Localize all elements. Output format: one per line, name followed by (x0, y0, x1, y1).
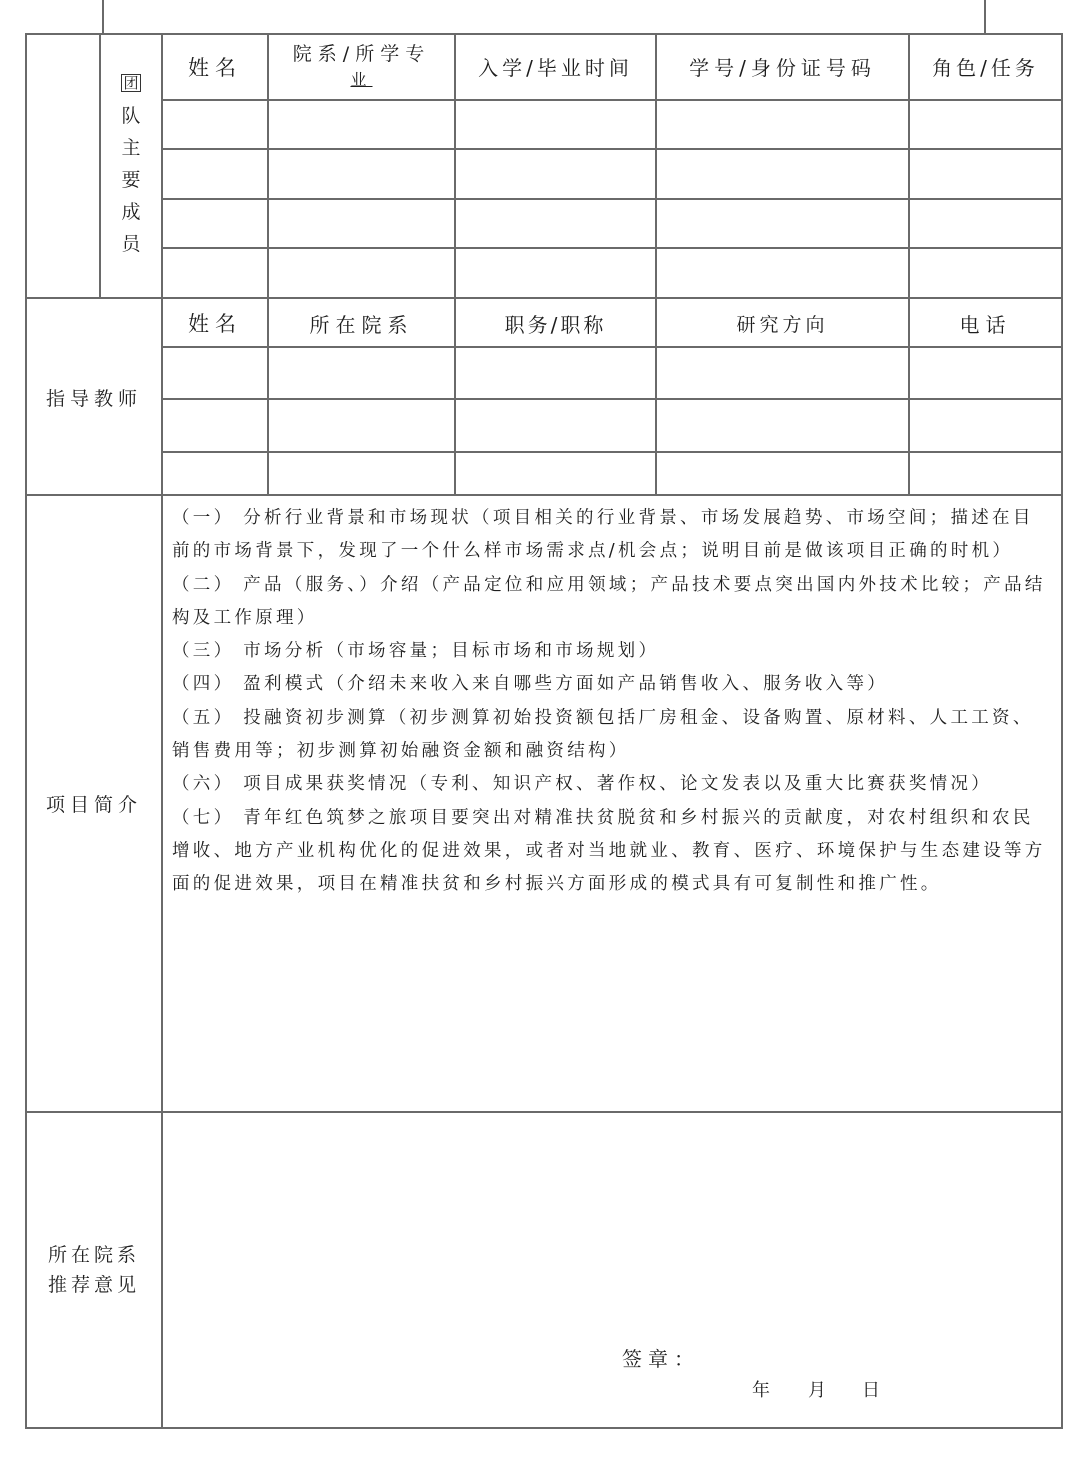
advisor-row-3-phone[interactable] (910, 453, 1061, 494)
team-row-2-id[interactable] (657, 150, 908, 198)
intro-item-4: （四） 盈利模式（介绍未来收入来自哪些方面如产品销售收入、服务收入等） (172, 668, 1052, 701)
team-row-3-role[interactable] (910, 200, 1061, 247)
intro-item-7: （七） 青年红色筑梦之旅项目要突出对精准扶贫脱贫和乡村振兴的贡献度，对农村组织和… (172, 802, 1052, 902)
advisor-header-department: 所在院系 (268, 299, 455, 347)
advisor-row-3-title[interactable] (456, 453, 655, 494)
advisor-header-research: 研究方向 (656, 299, 909, 347)
team-row-2-dates[interactable] (456, 150, 655, 198)
table-bottom-border (25, 1427, 1063, 1429)
team-label-char: 队 (121, 100, 140, 132)
advisor-section-bottom (25, 494, 1063, 496)
team-row-3-name[interactable] (163, 200, 267, 247)
advisor-label: 指导教师 (26, 299, 162, 495)
team-row-1-id[interactable] (657, 101, 908, 148)
team-row-2-name[interactable] (163, 150, 267, 198)
team-header-enroll-graduate: 入学/毕业时间 (455, 34, 656, 99)
project-intro-label: 项目简介 (26, 496, 162, 1111)
advisor-row-1-department[interactable] (269, 348, 454, 398)
team-row-4-dates[interactable] (456, 249, 655, 297)
team-row-4-name[interactable] (163, 249, 267, 297)
team-label-char: 员 (121, 228, 140, 260)
advisor-row-3-name[interactable] (163, 453, 267, 494)
team-label-char: 成 (121, 196, 140, 228)
intro-item-5: （五） 投融资初步测算（初步测算初始投资额包括厂房租金、设备购置、原材料、人工工… (172, 702, 1052, 769)
team-row-1-name[interactable] (163, 101, 267, 148)
team-header-name: 姓名 (162, 34, 268, 99)
table-right-border (1061, 33, 1063, 1429)
team-row-3-id[interactable] (657, 200, 908, 247)
signature-label: 签章： (622, 1343, 700, 1372)
team-row-1-role[interactable] (910, 101, 1061, 148)
date-day-label: 日 (862, 1376, 886, 1402)
team-header-department-major: 院系/所学专 业 (268, 34, 455, 99)
team-row-4-major[interactable] (269, 249, 454, 297)
team-row-3-dates[interactable] (456, 200, 655, 247)
advisor-row-2-phone[interactable] (910, 400, 1061, 451)
team-row-2-major[interactable] (269, 150, 454, 198)
team-row-4-id[interactable] (657, 249, 908, 297)
date-month-label: 月 (808, 1376, 832, 1402)
team-label-char: 主 (121, 132, 140, 164)
team-row-4-role[interactable] (910, 249, 1061, 297)
advisor-row-1-title[interactable] (456, 348, 655, 398)
advisor-row-2-name[interactable] (163, 400, 267, 451)
team-row-1-major[interactable] (269, 101, 454, 148)
team-members-label: 团 队 主 要 成 员 (100, 66, 162, 260)
advisor-row-2-research[interactable] (657, 400, 908, 451)
advisor-header-name: 姓名 (162, 299, 268, 347)
top-right-partial-line (984, 0, 986, 34)
date-year-label: 年 (752, 1376, 776, 1402)
team-label-char: 要 (121, 164, 140, 196)
intro-item-3: （三） 市场分析（市场容量；目标市场和市场规划） (172, 635, 1052, 668)
intro-item-2: （二） 产品（服务、）介绍（产品定位和应用领域；产品技术要点突出国内外技术比较；… (172, 569, 1052, 636)
team-row-3-major[interactable] (269, 200, 454, 247)
top-left-partial-line (102, 0, 104, 34)
advisor-header-title: 职务/职称 (455, 299, 656, 347)
project-intro-content[interactable]: （一） 分析行业背景和市场现状（项目相关的行业背景、市场发展趋势、市场空间；描述… (172, 502, 1052, 902)
recommendation-opinion-field[interactable] (163, 1113, 1061, 1427)
team-header-id-number: 学号/身份证号码 (656, 34, 909, 99)
recommendation-label: 所在院系 推荐意见 (26, 1113, 162, 1427)
advisor-row-2-department[interactable] (269, 400, 454, 451)
advisor-header-phone: 电话 (909, 299, 1062, 347)
team-header-role: 角色/任务 (909, 34, 1062, 99)
advisor-row-3-department[interactable] (269, 453, 454, 494)
advisor-row-1-research[interactable] (657, 348, 908, 398)
advisor-row-1-name[interactable] (163, 348, 267, 398)
intro-item-1: （一） 分析行业背景和市场现状（项目相关的行业背景、市场发展趋势、市场空间；描述… (172, 502, 1052, 569)
advisor-row-2-title[interactable] (456, 400, 655, 451)
intro-item-6: （六） 项目成果获奖情况（专利、知识产权、著作权、论文发表以及重大比赛获奖情况） (172, 768, 1052, 801)
advisor-row-1-phone[interactable] (910, 348, 1061, 398)
team-row-1-dates[interactable] (456, 101, 655, 148)
advisor-row-3-research[interactable] (657, 453, 908, 494)
team-row-2-role[interactable] (910, 150, 1061, 198)
team-label-char: 团 (121, 74, 140, 92)
